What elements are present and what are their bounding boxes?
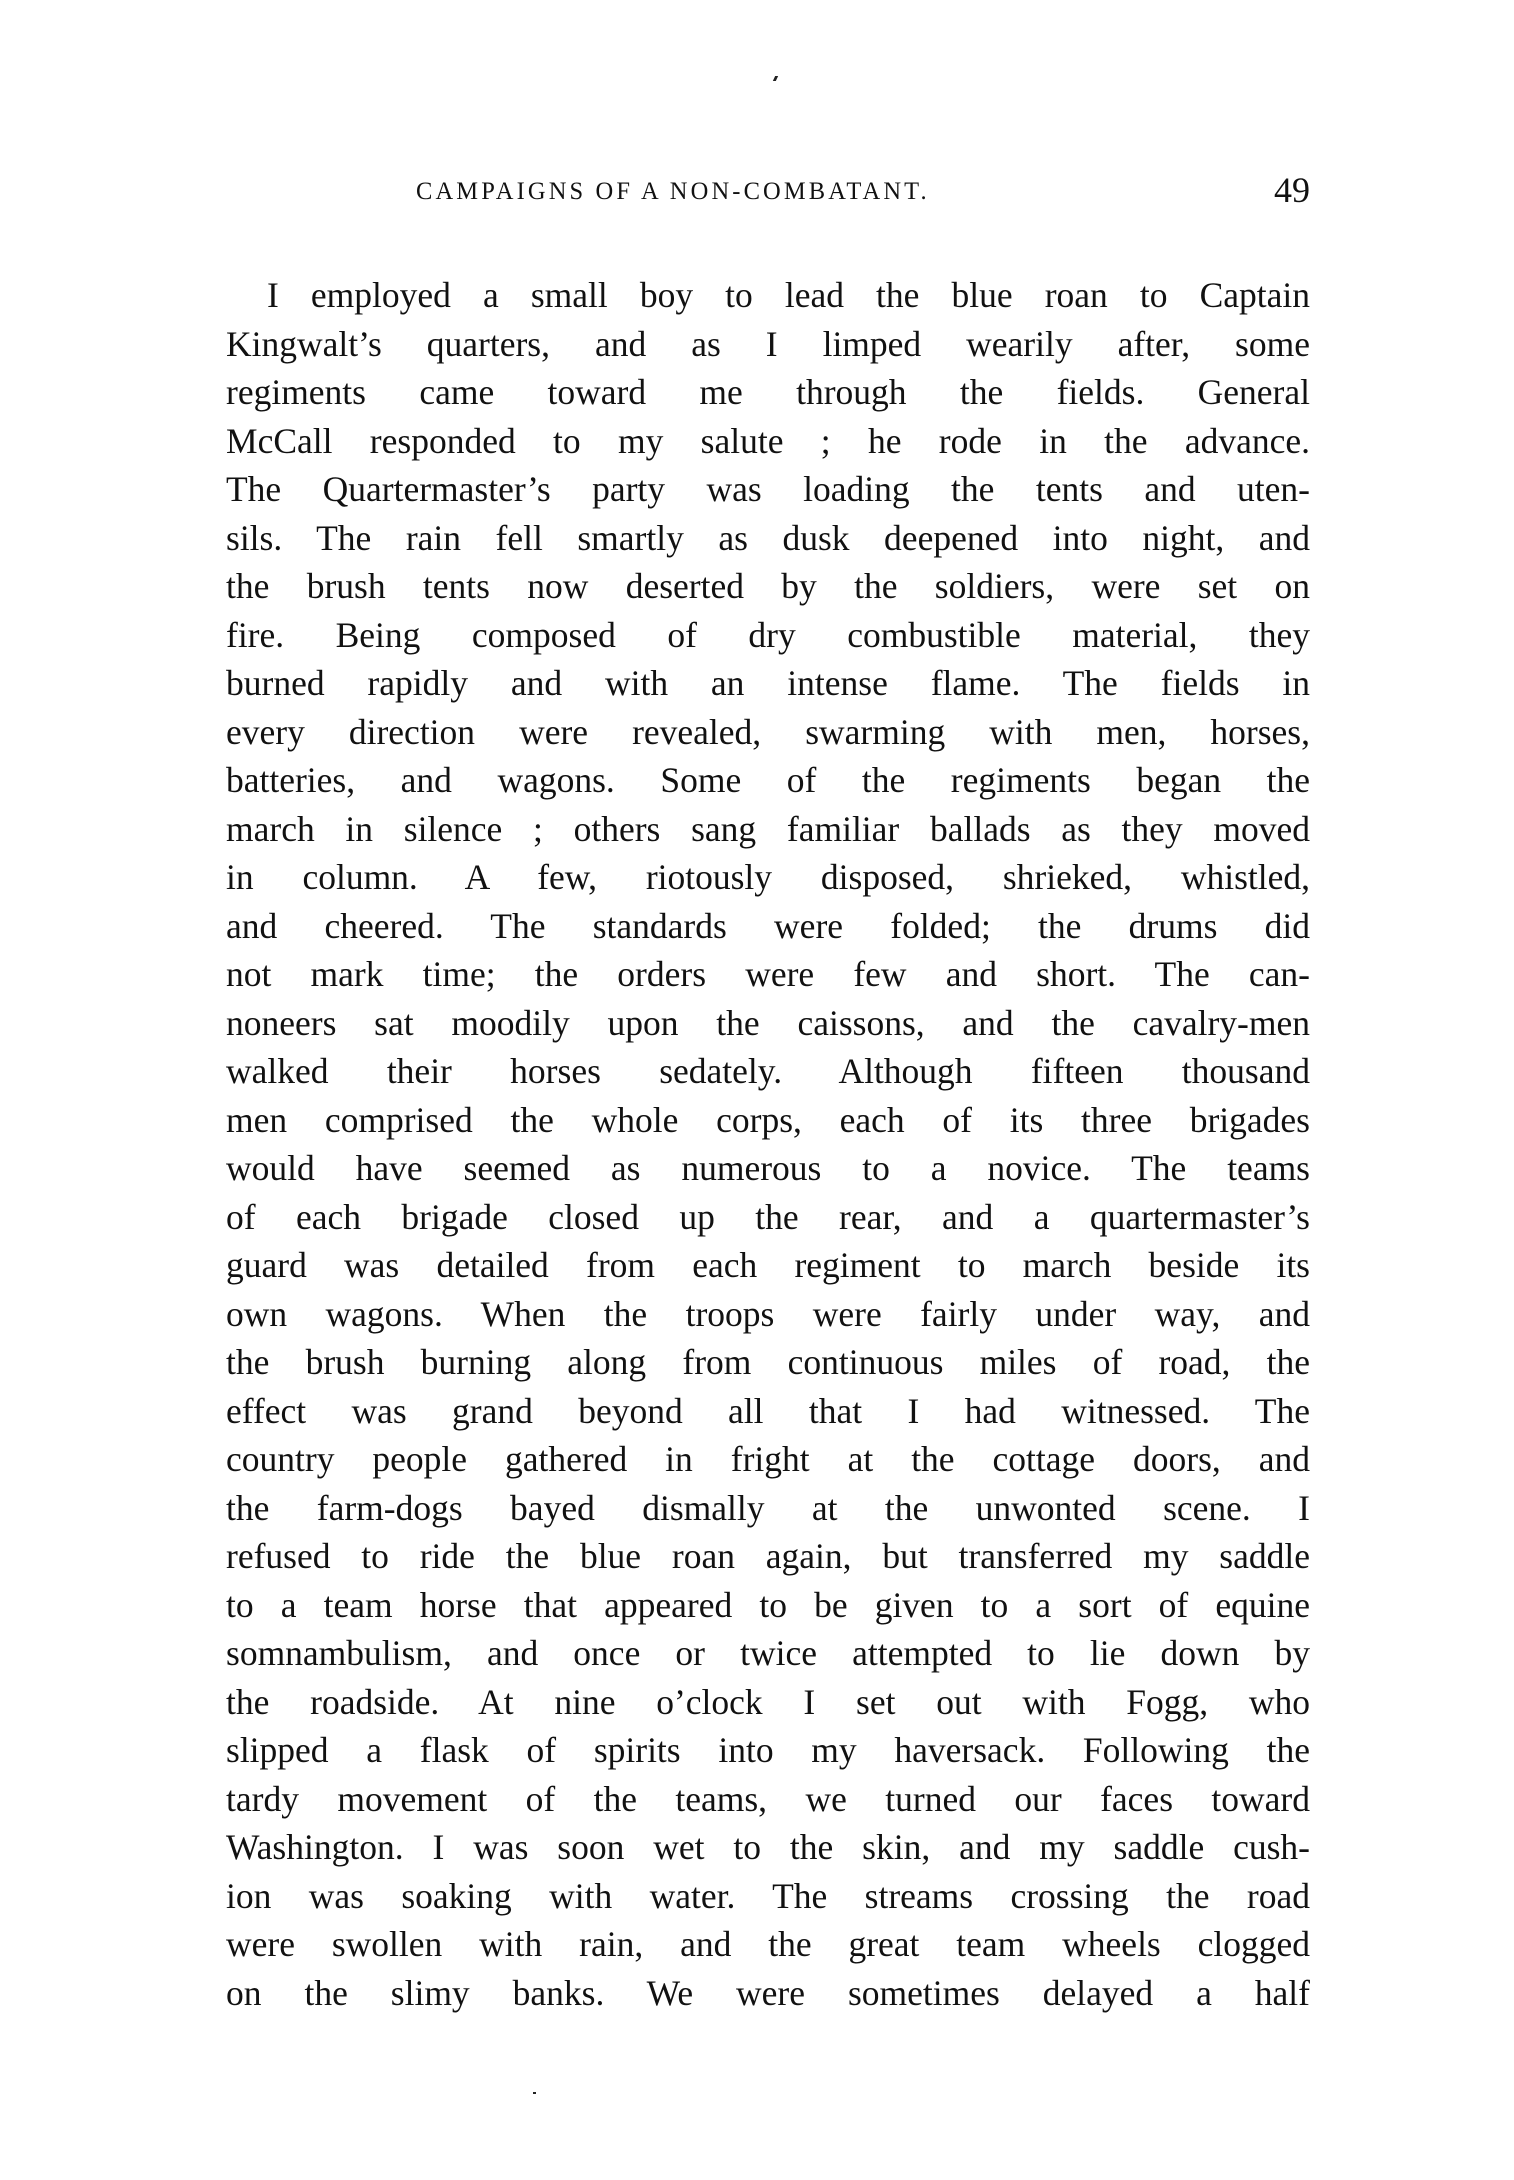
text-line: the brush burning along from continuous … <box>226 1338 1310 1387</box>
text-line: not mark time; the orders were few and s… <box>226 950 1310 999</box>
text-line: fire. Being composed of dry combustible … <box>226 611 1310 660</box>
text-line: in column. A few, riotously disposed, sh… <box>226 853 1310 902</box>
text-line: the roadside. At nine o’clock I set out … <box>226 1678 1310 1727</box>
text-line: would have seemed as numerous to a novic… <box>226 1144 1310 1193</box>
text-line: I employed a small boy to lead the blue … <box>226 271 1310 320</box>
text-line: the brush tents now deserted by the sold… <box>226 562 1310 611</box>
text-line: men comprised the whole corps, each of i… <box>226 1096 1310 1145</box>
text-line: McCall responded to my salute ; he rode … <box>226 417 1310 466</box>
text-line: Kingwalt’s quarters, and as I limped wea… <box>226 320 1310 369</box>
text-line: ion was soaking with water. The streams … <box>226 1872 1310 1921</box>
text-line: tardy movement of the teams, we turned o… <box>226 1775 1310 1824</box>
text-line: were swollen with rain, and the great te… <box>226 1920 1310 1969</box>
text-line: refused to ride the blue roan again, but… <box>226 1532 1310 1581</box>
scan-speck <box>773 76 778 81</box>
text-line: and cheered. The standards were folded; … <box>226 902 1310 951</box>
text-line: effect was grand beyond all that I had w… <box>226 1387 1310 1436</box>
text-line: batteries, and wagons. Some of the regim… <box>226 756 1310 805</box>
text-line: slipped a flask of spirits into my haver… <box>226 1726 1310 1775</box>
text-line: country people gathered in fright at the… <box>226 1435 1310 1484</box>
text-line: somnambulism, and once or twice attempte… <box>226 1629 1310 1678</box>
text-line: every direction were revealed, swarming … <box>226 708 1310 757</box>
text-line: walked their horses sedately. Although f… <box>226 1047 1310 1096</box>
text-line: sils. The rain fell smartly as dusk deep… <box>226 514 1310 563</box>
text-line: of each brigade closed up the rear, and … <box>226 1193 1310 1242</box>
page-number: 49 <box>1274 170 1310 210</box>
scan-speck <box>533 2092 536 2094</box>
text-line: The Quartermaster’s party was loading th… <box>226 465 1310 514</box>
text-line: regiments came toward me through the fie… <box>226 368 1310 417</box>
text-line: on the slimy banks. We were sometimes de… <box>226 1969 1310 2018</box>
running-head: CAMPAIGNS OF A NON-COMBATANT. 49 <box>226 172 1310 212</box>
text-line: own wagons. When the troops were fairly … <box>226 1290 1310 1339</box>
text-line: guard was detailed from each regiment to… <box>226 1241 1310 1290</box>
running-title: CAMPAIGNS OF A NON-COMBATANT. <box>416 176 930 208</box>
text-line: Washington. I was soon wet to the skin, … <box>226 1823 1310 1872</box>
text-line: the farm-dogs bayed dismally at the unwo… <box>226 1484 1310 1533</box>
text-line: burned rapidly and with an intense flame… <box>226 659 1310 708</box>
text-line: noneers sat moodily upon the caissons, a… <box>226 999 1310 1048</box>
text-line: to a team horse that appeared to be give… <box>226 1581 1310 1630</box>
body-paragraph: I employed a small boy to lead the blue … <box>226 271 1310 2017</box>
text-line: march in silence ; others sang familiar … <box>226 805 1310 854</box>
